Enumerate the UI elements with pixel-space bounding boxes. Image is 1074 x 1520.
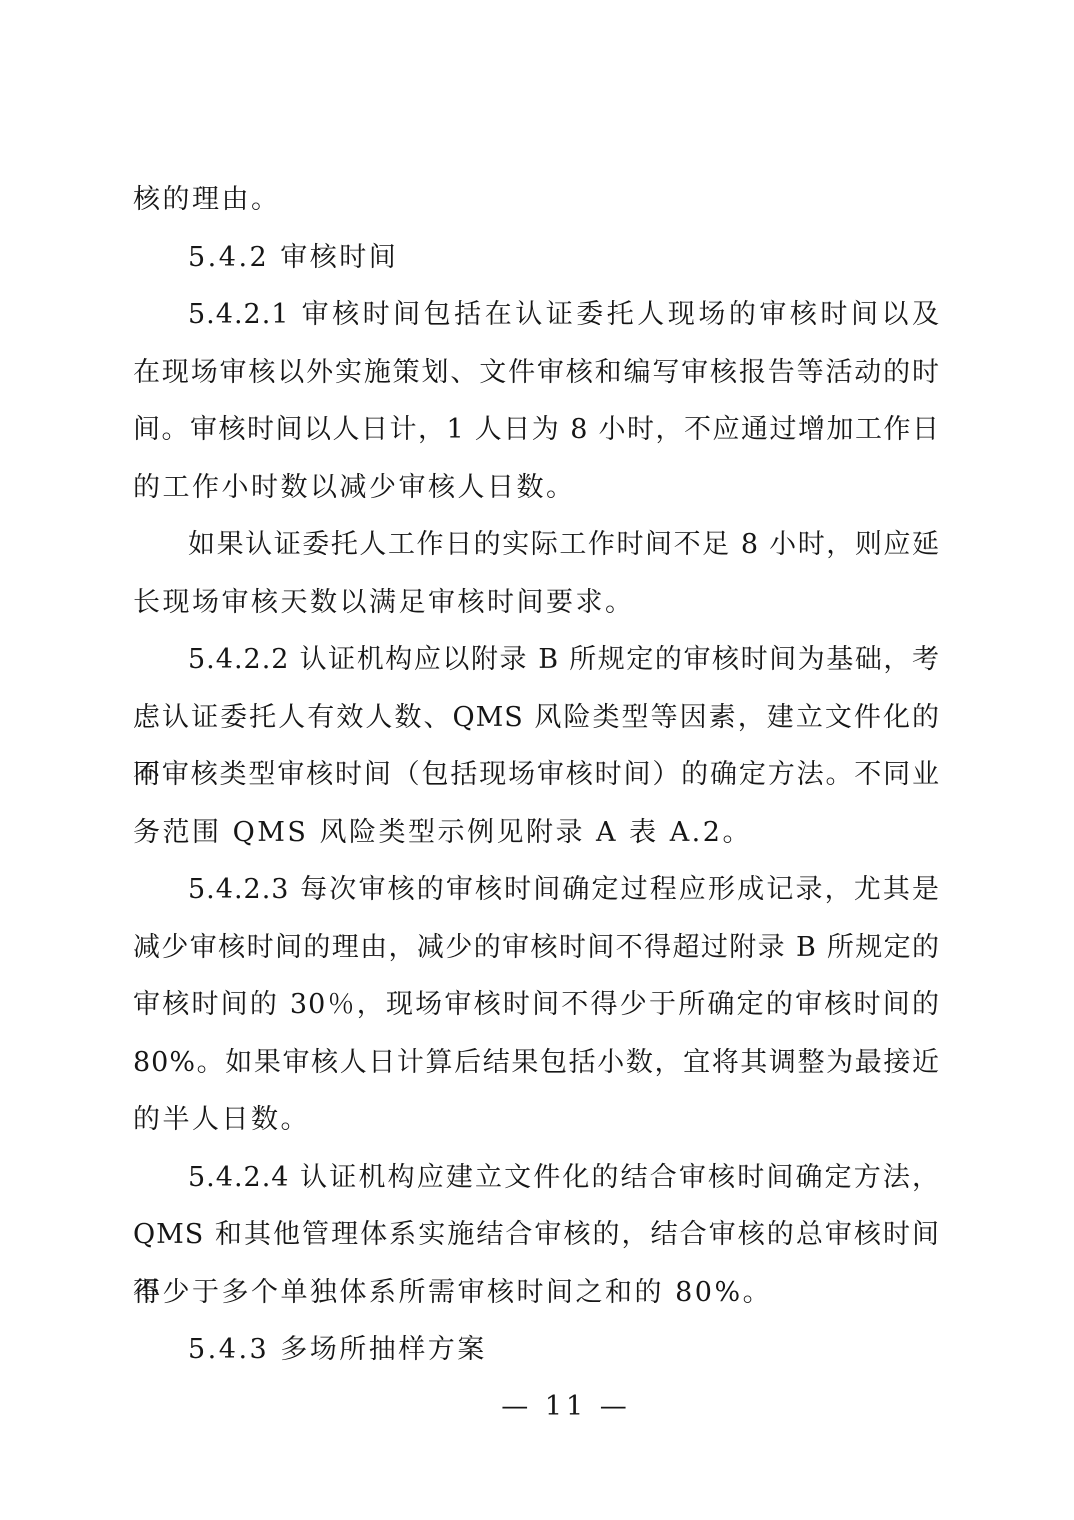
text-line: 得少于多个单独体系所需审核时间之和的 80%。: [133, 1264, 940, 1322]
text-line: QMS 和其他管理体系实施结合审核的，结合审核的总审核时间不: [133, 1206, 940, 1264]
page-number: — 11 —: [0, 1384, 1074, 1429]
document-body: 核的理由。5.4.2 审核时间5.4.2.1 审核时间包括在认证委托人现场的审核…: [133, 171, 940, 1379]
text-line: 5.4.2.4 认证机构应建立文件化的结合审核时间确定方法，: [133, 1149, 940, 1207]
text-line: 5.4.3 多场所抽样方案: [133, 1321, 940, 1379]
text-line: 80%。如果审核人日计算后结果包括小数，宜将其调整为最接近: [133, 1034, 940, 1092]
text-line: 长现场审核天数以满足审核时间要求。: [133, 574, 940, 632]
text-line: 的半人日数。: [133, 1091, 940, 1149]
text-line: 5.4.2.2 认证机构应以附录 B 所规定的审核时间为基础，考: [133, 631, 940, 689]
text-line: 核的理由。: [133, 171, 940, 229]
text-line: 同审核类型审核时间（包括现场审核时间）的确定方法。不同业: [133, 746, 940, 804]
document-page: 核的理由。5.4.2 审核时间5.4.2.1 审核时间包括在认证委托人现场的审核…: [0, 0, 1074, 1520]
text-line: 虑认证委托人有效人数、QMS 风险类型等因素，建立文件化的不: [133, 689, 940, 747]
text-line: 在现场审核以外实施策划、文件审核和编写审核报告等活动的时: [133, 344, 940, 402]
text-line: 5.4.2.3 每次审核的审核时间确定过程应形成记录，尤其是: [133, 861, 940, 919]
text-line: 间。审核时间以人日计，1 人日为 8 小时，不应通过增加工作日: [133, 401, 940, 459]
text-line: 审核时间的 30％，现场审核时间不得少于所确定的审核时间的: [133, 976, 940, 1034]
text-line: 如果认证委托人工作日的实际工作时间不足 8 小时，则应延: [133, 516, 940, 574]
text-line: 减少审核时间的理由，减少的审核时间不得超过附录 B 所规定的: [133, 919, 940, 977]
text-line: 5.4.2.1 审核时间包括在认证委托人现场的审核时间以及: [133, 286, 940, 344]
text-line: 的工作小时数以减少审核人日数。: [133, 459, 940, 517]
text-line: 5.4.2 审核时间: [133, 229, 940, 287]
text-line: 务范围 QMS 风险类型示例见附录 A 表 A.2。: [133, 804, 940, 862]
